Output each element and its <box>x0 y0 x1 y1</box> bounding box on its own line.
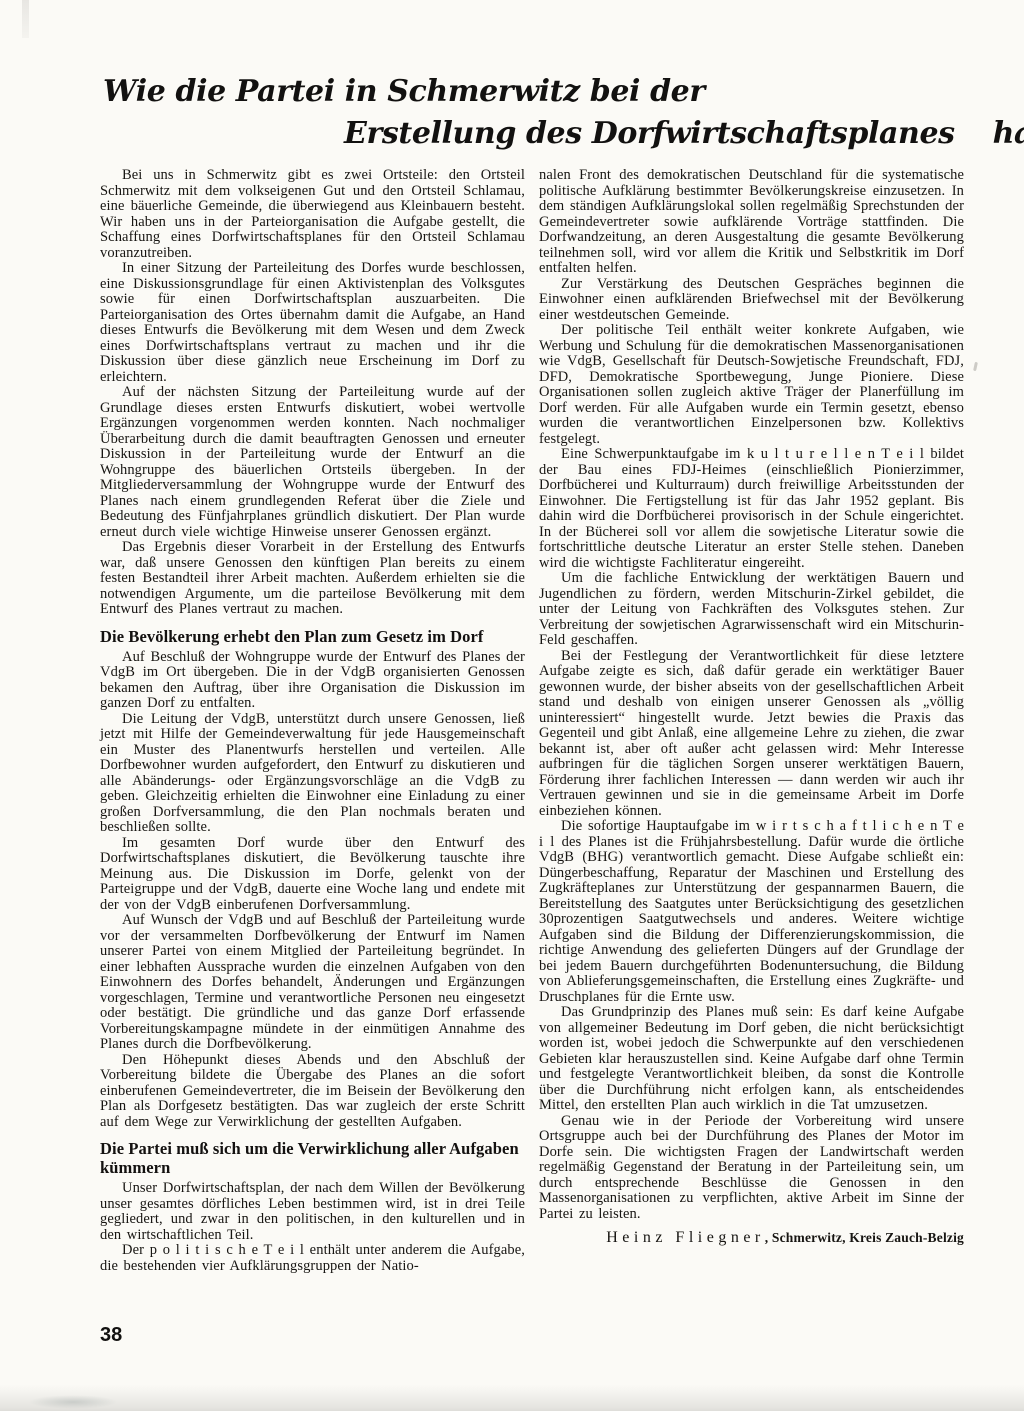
section-heading: Die Partei muß sich um die Verwirklichun… <box>100 1139 525 1177</box>
article-title-line2-main: Erstellung des Dorfwirtschaftsplanes <box>344 116 955 151</box>
author-location: , Schmerwitz, Kreis Zauch-Belzig <box>765 1230 964 1245</box>
paragraph: Eine Schwerpunktaufgabe im k u l t u r e… <box>539 447 964 571</box>
section-heading: Die Bevölkerung erhebt den Plan zum Gese… <box>100 627 525 646</box>
paragraph: Auf Beschluß der Wohngruppe wurde der En… <box>100 650 525 712</box>
scan-noise-artifact <box>22 0 29 38</box>
paragraph: Unser Dorfwirtschaftsplan, der nach dem … <box>100 1181 525 1243</box>
author-name: Heinz Fliegner <box>606 1229 765 1246</box>
paragraph: Den Höhepunkt dieses Abends und den Absc… <box>100 1053 525 1131</box>
paragraph: Um die fachliche Entwicklung der werktät… <box>539 571 964 649</box>
article-title-line2-suffix: half <box>993 116 1024 151</box>
paragraph: Genau wie in der Periode der Vorbereitun… <box>539 1114 964 1223</box>
paragraph: Bei uns in Schmerwitz gibt es zwei Ortst… <box>100 168 525 261</box>
paragraph: Der politische Teil enthält weiter konkr… <box>539 323 964 447</box>
paragraph: Die sofortige Hauptaufgabe im w i r t s … <box>539 819 964 1005</box>
paragraph: Bei der Festlegung der Verantwortlichkei… <box>539 649 964 820</box>
scan-smudge-artifact <box>28 1395 118 1409</box>
paragraph: Auf der nächsten Sitzung der Parteileitu… <box>100 385 525 540</box>
paragraph: Das Grundprinzip des Planes muß sein: Es… <box>539 1005 964 1114</box>
paragraph: Im gesamten Dorf wurde über den Entwurf … <box>100 836 525 914</box>
page-number: 38 <box>100 1324 122 1347</box>
article-body: Bei uns in Schmerwitz gibt es zwei Ortst… <box>100 168 964 1274</box>
paragraph: Auf Wunsch der VdgB und auf Beschluß der… <box>100 913 525 1053</box>
article-title-line1: Wie die Partei in Schmerwitz bei der <box>103 74 705 109</box>
paragraph: Der p o l i t i s c h e T e i l enthält … <box>100 1243 525 1274</box>
paragraph: Das Ergebnis dieser Vorarbeit in der Ers… <box>100 540 525 618</box>
right-column: nalen Front des demokratischen Deutschla… <box>539 168 964 1274</box>
paragraph: Zur Verstärkung des Deutschen Gespräches… <box>539 277 964 324</box>
scan-speck-artifact <box>973 362 978 371</box>
author-signature: Heinz Fliegner, Schmerwitz, Kreis Zauch-… <box>539 1229 964 1247</box>
scan-edge-shadow <box>0 1385 1024 1411</box>
left-column: Bei uns in Schmerwitz gibt es zwei Ortst… <box>100 168 525 1274</box>
paragraph: Die Leitung der VdgB, unterstützt durch … <box>100 712 525 836</box>
paragraph: nalen Front des demokratischen Deutschla… <box>539 168 964 277</box>
article-title-line2: Erstellung des Dorfwirtschaftsplaneshalf <box>344 116 1024 151</box>
paragraph: In einer Sitzung der Parteileitung des D… <box>100 261 525 385</box>
